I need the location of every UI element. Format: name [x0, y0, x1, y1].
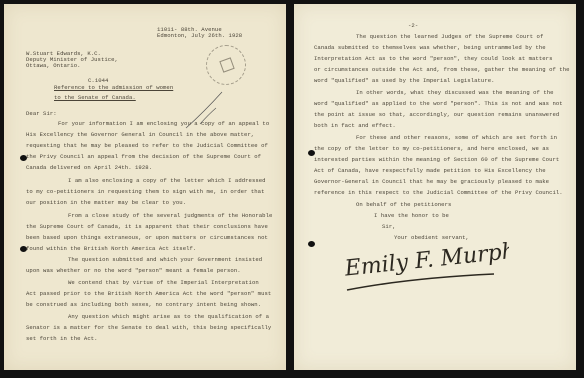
file-reference: C.1044: [88, 77, 108, 84]
body-line: Act passed prior to the British North Am…: [26, 290, 271, 297]
body-line: the Supreme Court of Canada, it is appar…: [26, 223, 268, 230]
punch-hole: [308, 241, 315, 247]
body-line: Governor-General in Council that he may …: [314, 178, 549, 185]
body-line: We contend that by virtue of the Imperia…: [68, 279, 259, 286]
body-line: His Excellency the Governor General in C…: [26, 131, 254, 138]
body-line: The question submitted and which your Go…: [68, 256, 262, 263]
body-line: or circumstances outside the Act and, fr…: [314, 66, 570, 73]
letter-page-1: 11011- 88th. Avenue Edmonton, July 26th.…: [4, 4, 286, 370]
salutation: Dear Sir:: [26, 110, 57, 117]
body-line: For these and other reasons, some of whi…: [356, 134, 557, 141]
body-line: to my co-petitioners in requesting them …: [26, 188, 264, 195]
body-line: both in fact and effect.: [314, 122, 396, 129]
body-line: word "qualified" as applied to the word …: [314, 100, 563, 107]
body-line: Interpretation Act as to the word "perso…: [314, 55, 552, 62]
body-line: Senator is a matter for the Senate to de…: [26, 324, 271, 331]
body-line: be construed as including both sexes, no…: [26, 301, 261, 308]
body-line: the copy of the letter to my co-petition…: [314, 145, 549, 152]
date-line: Edmonton, July 26th. 1928: [157, 32, 242, 39]
body-line: found within the British North America A…: [26, 245, 196, 252]
signature: Emily F. Murphy.: [339, 242, 509, 292]
closing-line: Sir,: [382, 223, 396, 230]
recipient-location: Ottawa, Ontario.: [26, 62, 81, 69]
body-line: Canada delivered on April 24th. 1928.: [26, 164, 152, 171]
body-line: Act of Canada, have respectfully made pe…: [314, 167, 546, 174]
closing-line: I have the honor to be: [374, 212, 449, 219]
body-line: word "qualified" as used by the Imperial…: [314, 77, 495, 84]
body-line: The question the learned Judges of the S…: [356, 33, 543, 40]
body-line: reference in this respect to the Judicia…: [314, 189, 563, 196]
body-line: set forth in the Act.: [26, 335, 98, 342]
body-line: Any question which might arise as to the…: [68, 313, 269, 320]
punch-hole: [20, 246, 27, 252]
received-stamp: [206, 45, 246, 85]
letter-page-2: -2- The question the learned Judges of t…: [294, 4, 576, 370]
closing-line: On behalf of the petitioners: [356, 201, 451, 208]
closing-line: Your obedient servant,: [394, 234, 469, 241]
body-line: the Privy Council an appeal from the dec…: [26, 153, 261, 160]
body-line: For your information I am enclosing you …: [58, 120, 269, 127]
body-line: requesting that he may be pleased to ref…: [26, 142, 268, 149]
signature-text: Emily F. Murphy.: [343, 242, 509, 282]
body-line: interested parties within the meaning of…: [314, 156, 559, 163]
body-line: In other words, what they discussed was …: [356, 89, 554, 96]
body-line: upon was whether or no the word "person"…: [26, 267, 241, 274]
body-line: been based upon things extraneous, or up…: [26, 234, 268, 241]
body-line: our position in the matter may be clear …: [26, 199, 186, 206]
punch-hole: [308, 150, 315, 156]
subject-line-1: Reference to the admission of women: [54, 84, 173, 91]
subject-line-2: to the Senate of Canada.: [54, 94, 136, 101]
body-line: Canada submitted to themselves was wheth…: [314, 44, 546, 51]
punch-hole: [20, 155, 27, 161]
body-line: I am also enclosing a copy of the letter…: [68, 177, 266, 184]
body-line: the point at issue so that, accordingly,…: [314, 111, 559, 118]
page-number: -2-: [408, 22, 418, 29]
body-line: From a close study of the several judgme…: [68, 212, 272, 219]
